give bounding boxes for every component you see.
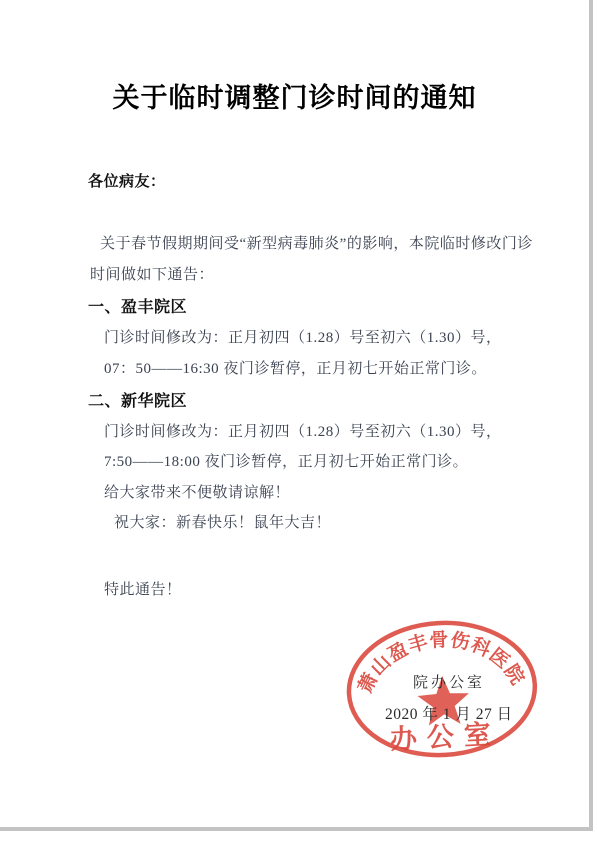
signature-office: 院办公室 xyxy=(413,671,485,692)
closing-line: 特此通告！ xyxy=(104,578,182,599)
greeting-line: 祝大家：新春快乐！鼠年大吉！ xyxy=(114,511,331,532)
document-page: 关于临时调整门诊时间的通知 各位病友： 关于春节假期期间受“新型病毒肺炎”的影响… xyxy=(0,0,593,831)
apology-line: 给大家带来不便敬请谅解！ xyxy=(104,481,290,502)
section-1-heading: 一、盈丰院区 xyxy=(88,294,187,317)
intro-line-1: 关于春节假期期间受“新型病毒肺炎”的影响，本院临时修改门诊 xyxy=(100,232,533,253)
section-2-line-1: 门诊时间修改为：正月初四（1.28）号至初六（1.30）号， xyxy=(104,420,502,441)
section-2-heading: 二、新华院区 xyxy=(88,388,187,411)
section-1-line-1: 门诊时间修改为：正月初四（1.28）号至初六（1.30）号， xyxy=(104,326,502,347)
intro-line-2: 时间做如下通告： xyxy=(90,263,214,284)
seal-office-text: 办公室 xyxy=(389,719,501,755)
seal-graphic: 萧山盈丰骨伤科医院 办公室 xyxy=(344,616,544,768)
page-title: 关于临时调整门诊时间的通知 xyxy=(0,76,589,115)
section-1-line-2: 07：50——16:30 夜门诊暂停，正月初七开始正常门诊。 xyxy=(104,357,487,378)
section-2-line-2: 7:50——18:00 夜门诊暂停，正月初七开始正常门诊。 xyxy=(104,450,468,471)
signature-date: 2020 年 1 月 27 日 xyxy=(385,702,513,724)
official-seal: 萧山盈丰骨伤科医院 办公室 xyxy=(344,616,544,768)
salutation: 各位病友： xyxy=(88,170,166,191)
